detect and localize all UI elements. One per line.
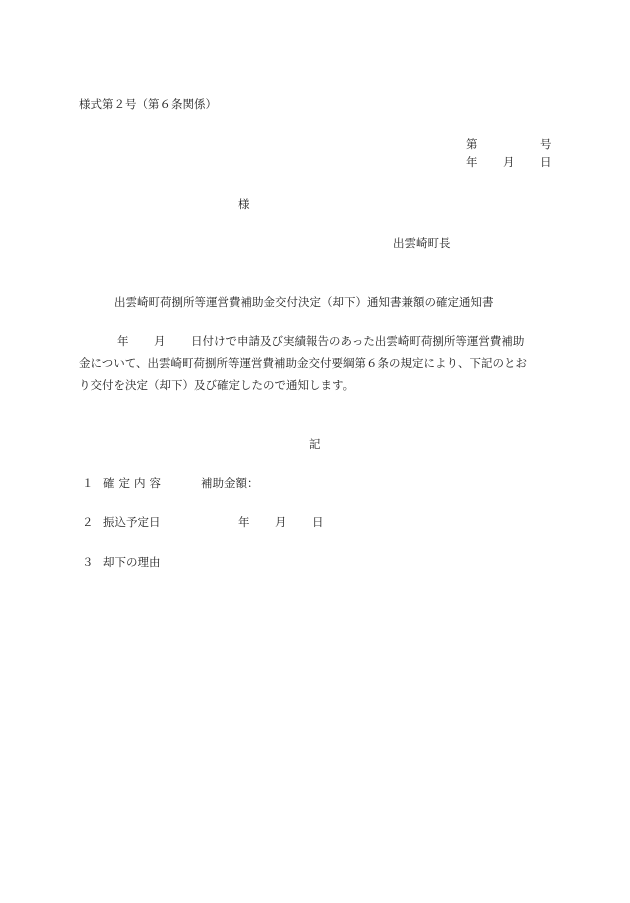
subsidy-amount-label: 補助金額： [201, 478, 259, 490]
recipient-suffix: 様 [238, 199, 250, 211]
item-label: 却下の理由 [103, 557, 161, 569]
body-line-1: 日付けで申請及び実績報告のあった出雲崎町荷捌所等運営費補助 [191, 336, 524, 348]
date-year: 年 [466, 157, 478, 169]
item-number: １ [82, 478, 94, 490]
ki-heading: 記 [309, 439, 321, 451]
transfer-month: 月 [275, 517, 287, 529]
transfer-year: 年 [238, 517, 250, 529]
date-month: 月 [503, 157, 515, 169]
form-label: 様式第２号（第６条関係） [79, 99, 217, 111]
item-label: 振込予定日 [103, 517, 161, 529]
number-prefix: 第 [466, 139, 478, 151]
body-date-month: 月 [154, 336, 166, 348]
body-date-year: 年 [117, 336, 129, 348]
number-suffix: 号 [540, 139, 552, 151]
issuer-name: 出雲崎町長 [393, 238, 451, 250]
document-title: 出雲崎町荷捌所等運営費補助金交付決定（却下）通知書兼額の確定通知書 [114, 297, 494, 309]
body-line-2: 金について、出雲崎町荷捌所等運営費補助金交付要綱第６条の規定により、下記のとお [79, 358, 527, 370]
body-line-3: り交付を決定（却下）及び確定したので通知します。 [79, 380, 354, 392]
item-number: ２ [82, 517, 94, 529]
item-number: ３ [82, 557, 94, 569]
transfer-day: 日 [312, 517, 324, 529]
item-label: 確定内容 [103, 478, 165, 490]
date-day: 日 [540, 157, 552, 169]
